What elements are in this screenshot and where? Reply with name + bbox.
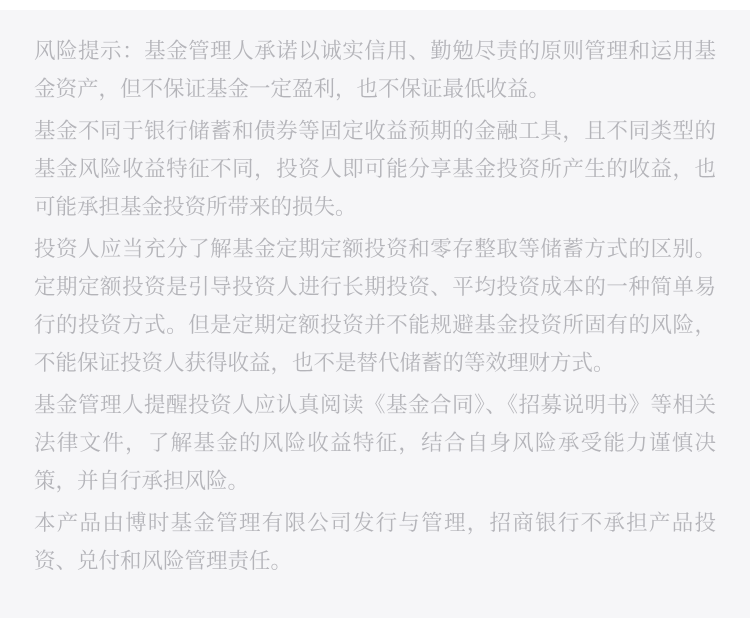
- risk-disclaimer-panel: 风险提示：基金管理人承诺以诚实信用、勤勉尽责的原则管理和运用基金资产，但不保证基…: [0, 10, 750, 618]
- regular-investment-paragraph: 投资人应当充分了解基金定期定额投资和零存整取等储蓄方式的区别。定期定额投资是引导…: [34, 230, 716, 382]
- risk-warning-paragraph: 风险提示：基金管理人承诺以诚实信用、勤勉尽责的原则管理和运用基金资产，但不保证基…: [34, 32, 716, 108]
- legal-documents-paragraph: 基金管理人提醒投资人应认真阅读《基金合同》、《招募说明书》等相关法律文件，了解基…: [34, 386, 716, 500]
- issuer-responsibility-paragraph: 本产品由博时基金管理有限公司发行与管理，招商银行不承担产品投资、兑付和风险管理责…: [34, 504, 716, 580]
- top-strip: [0, 0, 750, 10]
- fund-difference-paragraph: 基金不同于银行储蓄和债券等固定收益预期的金融工具，且不同类型的基金风险收益特征不…: [34, 112, 716, 226]
